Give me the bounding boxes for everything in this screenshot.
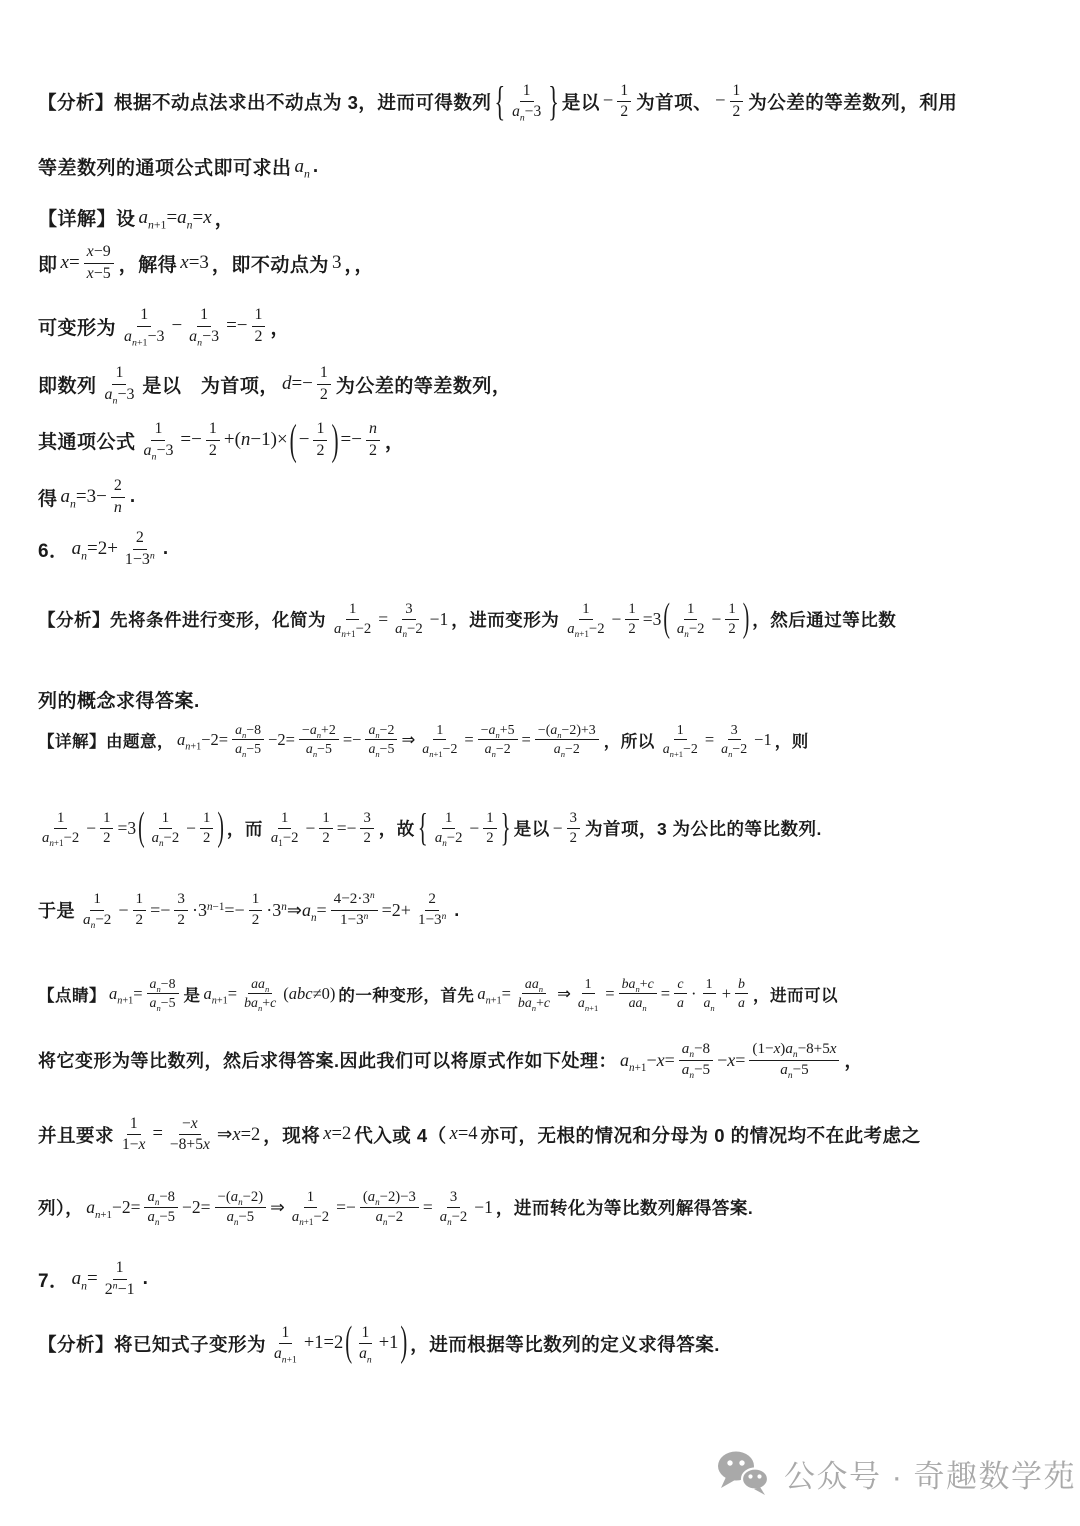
math-run: +1=2 <box>304 1333 343 1354</box>
fraction: an−8an−5 <box>232 722 264 758</box>
math-run: − <box>711 609 721 630</box>
math-run: =− <box>337 818 357 839</box>
math-run: an+1= <box>109 984 143 1004</box>
math-run: −1 <box>430 609 449 630</box>
fraction: 12 <box>200 810 213 848</box>
math-line: 列的概念求得答案. <box>36 686 202 713</box>
text-run: . <box>313 156 319 178</box>
math-run: =3 <box>643 609 662 630</box>
open-delim-icon: ( <box>663 597 670 642</box>
fraction: −an+5an−2 <box>478 722 518 758</box>
open-delim-icon: { <box>418 806 428 852</box>
text-run: 6． <box>38 536 69 563</box>
math-run: x=3 <box>180 252 209 274</box>
fraction: 1an+1−2 <box>660 722 701 758</box>
fraction: 12 <box>100 810 113 848</box>
fraction: 12 <box>319 810 332 848</box>
text-run: 是以 <box>514 816 550 841</box>
text-run: 得 <box>38 484 58 511</box>
text-run: 即 <box>38 250 58 277</box>
text-run: ，， <box>344 250 374 277</box>
text-run: ，而 <box>227 816 263 841</box>
math-line: 【分析】先将条件进行变形，化简为1an+1−2=3an−2−1，进而变形为1an… <box>36 601 898 639</box>
fraction: 1an−3 <box>141 420 177 461</box>
close-delim-icon: } <box>501 806 511 852</box>
fraction: ban+caan <box>619 976 657 1012</box>
fraction: 21−3n <box>122 529 158 570</box>
close-delim-icon: ) <box>217 806 224 851</box>
fraction: 1an−2 <box>80 891 114 930</box>
open-delim-icon: { <box>494 78 505 126</box>
fraction: 12n−1 <box>102 1259 138 1300</box>
math-run: = <box>661 984 670 1004</box>
fraction: 12 <box>483 810 496 848</box>
math-line: 【点睛】an+1=an−8an−5是an+1=aanban+c(abc≠0)的一… <box>36 976 840 1012</box>
math-run: an+1−2= <box>177 730 228 750</box>
text-run: 是 <box>184 982 201 1006</box>
fraction: 3an−2 <box>437 1189 471 1227</box>
math-run: −2= <box>268 730 295 750</box>
math-line: 6．an=2+21−3n. <box>36 529 171 570</box>
text-run: ， <box>385 427 405 454</box>
close-delim-icon: ) <box>400 1320 407 1367</box>
fraction: x−9x−5 <box>84 243 114 284</box>
math-run: an= <box>72 1268 98 1290</box>
text-run: ，进而根据等比数列的定义求得答案. <box>410 1331 720 1357</box>
math-run: (abc≠0) <box>283 984 335 1004</box>
math-line: 1an+1−2−12=3(1an−2−12)，而1a1−2−12=−32，故{1… <box>36 810 824 848</box>
text-run: 【分析】根据不动点法求出不动点为 3，进而可得数列 <box>38 89 491 115</box>
fraction: aanban+c <box>515 976 553 1012</box>
math-run: ·3n−1=− <box>192 900 245 921</box>
fraction: 3an−2 <box>392 601 426 639</box>
fraction: −x−8+5x <box>167 1115 213 1155</box>
text-run: ， <box>215 204 235 231</box>
text-run: . <box>454 900 460 921</box>
math-run: − <box>715 91 725 112</box>
fraction: 1an+1−2 <box>289 1189 332 1227</box>
fraction: 1an+1−2 <box>564 601 607 639</box>
math-line: 将它变形为等比数列，然后求得答案.因此我们可以将原式作如下处理：an+1−x=a… <box>36 1041 865 1080</box>
fraction: 1an−3 <box>509 82 544 122</box>
math-line: 【详解】由题意，an+1−2=an−8an−5−2=−an+2an−5=−an−… <box>36 722 811 758</box>
math-run: −1 <box>474 1197 493 1218</box>
fraction: ca <box>674 976 687 1012</box>
math-run: · <box>691 984 697 1004</box>
close-delim-icon: } <box>548 78 559 126</box>
math-run: = <box>464 730 473 750</box>
math-run: − <box>603 91 613 112</box>
math-run: +1 <box>379 1333 399 1354</box>
math-run: =− <box>336 1197 356 1218</box>
fraction: 1an−2 <box>149 810 183 848</box>
math-run: ·3n⇒an= <box>266 900 326 921</box>
fraction: (1−x)an−8+5xan−5 <box>749 1041 839 1080</box>
text-run: 并且要求 <box>38 1122 114 1148</box>
close-delim-icon: ) <box>743 597 750 642</box>
delim-group: {1an−2−12} <box>417 810 512 848</box>
fraction: 1an+1−2 <box>39 810 82 848</box>
text-run: 即数列 <box>38 371 97 398</box>
math-run: ⇒x=2 <box>217 1124 260 1146</box>
fraction: −(an−2)+3an−2 <box>535 722 599 758</box>
fraction: −an+2an−5 <box>299 722 339 758</box>
math-run: = <box>423 1197 433 1218</box>
fraction: 32 <box>360 810 373 848</box>
text-run: 的一种变形，首先 <box>338 982 474 1006</box>
fraction: 1a1−2 <box>268 810 302 848</box>
delim-group: (1an+1) <box>344 1324 408 1364</box>
math-run: an=3− <box>61 486 107 508</box>
delim-group: {1an−3} <box>493 82 559 122</box>
text-run: 【分析】先将条件进行变形，化简为 <box>38 607 326 632</box>
math-line: 并且要求11−x=−x−8+5x⇒x=2，现将x=2代入或 4（x=4亦可，无根… <box>36 1115 923 1155</box>
fraction: an−8an−5 <box>144 1189 178 1227</box>
math-line: 即x=x−9x−5，解得x=3，即不动点为3，， <box>36 243 376 284</box>
fraction: 12 <box>617 82 631 122</box>
fraction: −(an−2)an−5 <box>215 1189 267 1227</box>
text-run: 列的概念求得答案. <box>38 686 200 713</box>
text-run: 可变形为 <box>38 313 116 340</box>
math-run: =− <box>180 429 201 451</box>
math-run: an+1=an=x <box>139 207 212 229</box>
math-line: 【分析】将已知式子变形为1an+1+1=2(1an+1)，进而根据等比数列的定义… <box>36 1324 722 1364</box>
math-run: − <box>186 818 196 839</box>
public-account-label: 公众号 · 奇趣数学苑 <box>784 1451 1076 1496</box>
math-line: 列），an+1−2=an−8an−5−2=−(an−2)an−5⇒1an+1−2… <box>36 1189 755 1227</box>
text-run: ，所以 <box>604 728 655 752</box>
fraction: n2 <box>366 420 380 461</box>
text-run: 为公差的等差数列，利用 <box>748 89 957 115</box>
text-run: 列）， <box>38 1195 83 1220</box>
math-run: an+1−x= <box>620 1050 675 1071</box>
close-delim-icon: ) <box>331 415 338 466</box>
fraction: an−2an−5 <box>365 722 397 758</box>
fraction: ba <box>735 976 748 1012</box>
text-run: 于是 <box>38 897 75 923</box>
wechat-icon <box>716 1450 770 1496</box>
fraction: (an−2)−3an−2 <box>360 1189 419 1227</box>
math-run: ⇒ <box>401 730 415 750</box>
document-body: 【分析】根据不动点法求出不动点为 3，进而可得数列{1an−3}是以−12为首项… <box>0 0 1080 1526</box>
fraction: 1an+1 <box>575 976 601 1012</box>
fraction: 12 <box>317 364 331 405</box>
open-delim-icon: ( <box>290 415 297 466</box>
text-run: ，解得 <box>119 250 178 277</box>
fraction: an−8an−5 <box>679 1041 713 1080</box>
text-run: ，进而变形为 <box>451 607 559 632</box>
math-run: = <box>705 730 714 750</box>
fraction: 12 <box>133 891 147 930</box>
math-run: − <box>553 818 563 839</box>
text-run: ，则 <box>775 728 809 752</box>
fraction: 2n <box>111 477 125 518</box>
text-run: 为首项，3 为公比的等比数列. <box>585 816 822 841</box>
math-run: x= <box>61 252 80 274</box>
fraction: 12 <box>252 306 266 347</box>
fraction: 1an+1−2 <box>419 722 460 758</box>
text-run: 【详解】设 <box>38 204 136 231</box>
fraction: 12 <box>725 601 738 639</box>
text-run: 【分析】将已知式子变形为 <box>38 1331 266 1357</box>
math-run: −1 <box>754 730 772 750</box>
math-line: 【详解】设an+1=an=x， <box>36 204 236 231</box>
math-line: 7．an=12n−1. <box>36 1259 150 1300</box>
public-account-footer: 公众号 · 奇趣数学苑 <box>716 1450 1076 1496</box>
delim-group: (1an−2−12) <box>662 601 750 639</box>
text-run: . <box>143 1268 149 1290</box>
text-run: 是以 为首项， <box>142 371 279 398</box>
fraction: 4−2·3n1−3n <box>331 891 378 930</box>
open-delim-icon: ( <box>345 1320 352 1367</box>
math-line: 可变形为1an+1−3−1an−3=−12， <box>36 306 292 347</box>
text-run: 7． <box>38 1266 69 1293</box>
text-run: ，进而转化为等比数列解得答案. <box>496 1195 753 1220</box>
fraction: 1an+1 <box>271 1324 300 1364</box>
math-run: +(n−1)× <box>224 429 288 451</box>
math-run: ⇒ <box>557 984 571 1004</box>
fraction: 12 <box>313 420 327 461</box>
math-run: − <box>612 609 622 630</box>
text-run: ，故 <box>379 816 415 841</box>
text-run: 【点睛】 <box>38 982 106 1006</box>
fraction: 12 <box>625 601 638 639</box>
math-run: = <box>378 609 388 630</box>
text-run: 为公差的等差数列， <box>336 371 512 398</box>
math-run: − <box>86 818 96 839</box>
fraction: 21−3n <box>415 891 449 930</box>
math-run: an=2+ <box>72 538 118 560</box>
math-run: =2+ <box>382 900 411 921</box>
math-run: =− <box>226 315 247 337</box>
delim-group: (−12) <box>289 420 340 461</box>
text-run: 其通项公式 <box>38 427 136 454</box>
math-run: an <box>295 156 310 178</box>
math-run: = <box>605 984 614 1004</box>
math-run: an+1= <box>204 984 238 1004</box>
fraction: an−8an−5 <box>147 976 179 1012</box>
math-run: − <box>299 429 310 451</box>
fraction: 1an+1−3 <box>121 306 167 347</box>
text-run: ，然后通过等比数 <box>752 607 896 632</box>
fraction: 1an+1−2 <box>331 601 374 639</box>
text-run: 亦可，无根的情况和分母为 0 的情况均不在此考虑之 <box>481 1122 921 1148</box>
math-run: − <box>469 818 479 839</box>
text-run: ， <box>270 313 290 340</box>
fraction: 12 <box>249 891 263 930</box>
math-run: = <box>522 730 531 750</box>
math-line: 即数列1an−3是以 为首项，d=−12为公差的等差数列， <box>36 364 513 405</box>
text-run: ，进而可以 <box>753 982 838 1006</box>
math-run: 3 <box>332 252 342 274</box>
text-run: . <box>163 538 169 560</box>
text-run: 【详解】由题意， <box>38 728 174 752</box>
math-run: =3 <box>117 818 136 839</box>
math-line: 等差数列的通项公式即可求出an. <box>36 153 321 180</box>
delim-group: (1an−2−12) <box>137 810 225 848</box>
math-run: =− <box>343 730 362 750</box>
math-run: − <box>118 900 128 921</box>
math-run: = <box>152 1124 162 1145</box>
fraction: 32 <box>174 891 188 930</box>
math-run: an+1−2= <box>86 1197 140 1218</box>
math-run: + <box>722 984 731 1004</box>
math-run: −x= <box>717 1050 745 1071</box>
fraction: 3an−2 <box>718 722 750 758</box>
math-run: x=2 <box>323 1124 351 1145</box>
fraction: 1an <box>700 976 717 1012</box>
open-delim-icon: ( <box>138 806 145 851</box>
text-run: 代入或 4（ <box>354 1122 446 1148</box>
math-line: 【分析】根据不动点法求出不动点为 3，进而可得数列{1an−3}是以−12为首项… <box>36 82 959 122</box>
fraction: 1an−2 <box>432 810 466 848</box>
math-run: =− <box>341 429 362 451</box>
math-line: 其通项公式1an−3=−12+(n−1)×(−12)=−n2， <box>36 420 406 461</box>
fraction: 11−x <box>119 1115 148 1155</box>
fraction: 1an−3 <box>186 306 222 347</box>
text-run: ， <box>844 1047 863 1073</box>
math-run: x=4 <box>450 1124 478 1145</box>
fraction: 32 <box>567 810 580 848</box>
math-run: d=− <box>282 373 313 395</box>
text-run: 将它变形为等比数列，然后求得答案.因此我们可以将原式作如下处理： <box>38 1047 617 1073</box>
text-run: . <box>130 486 136 508</box>
fraction: 12 <box>730 82 744 122</box>
text-run: 是以 <box>562 89 600 115</box>
fraction: 1an−3 <box>102 364 138 405</box>
text-run: 为首项、 <box>636 89 712 115</box>
text-run: ，即不动点为 <box>212 250 329 277</box>
math-run: − <box>171 315 182 337</box>
fraction: 1an <box>356 1324 375 1364</box>
math-run: − <box>305 818 315 839</box>
math-line: 得an=3−2n. <box>36 477 138 518</box>
text-run: ，现将 <box>263 1122 320 1148</box>
math-run: an+1= <box>477 984 511 1004</box>
fraction: 12 <box>206 420 220 461</box>
fraction: aanban+c <box>241 976 279 1012</box>
math-line: 于是1an−2−12=−32·3n−1=−12·3n⇒an=4−2·3n1−3n… <box>36 891 462 930</box>
text-run: 等差数列的通项公式即可求出 <box>38 153 292 180</box>
math-run: ⇒ <box>270 1197 285 1218</box>
fraction: 1an−2 <box>674 601 708 639</box>
math-run: =− <box>150 900 170 921</box>
math-run: −2= <box>182 1197 211 1218</box>
